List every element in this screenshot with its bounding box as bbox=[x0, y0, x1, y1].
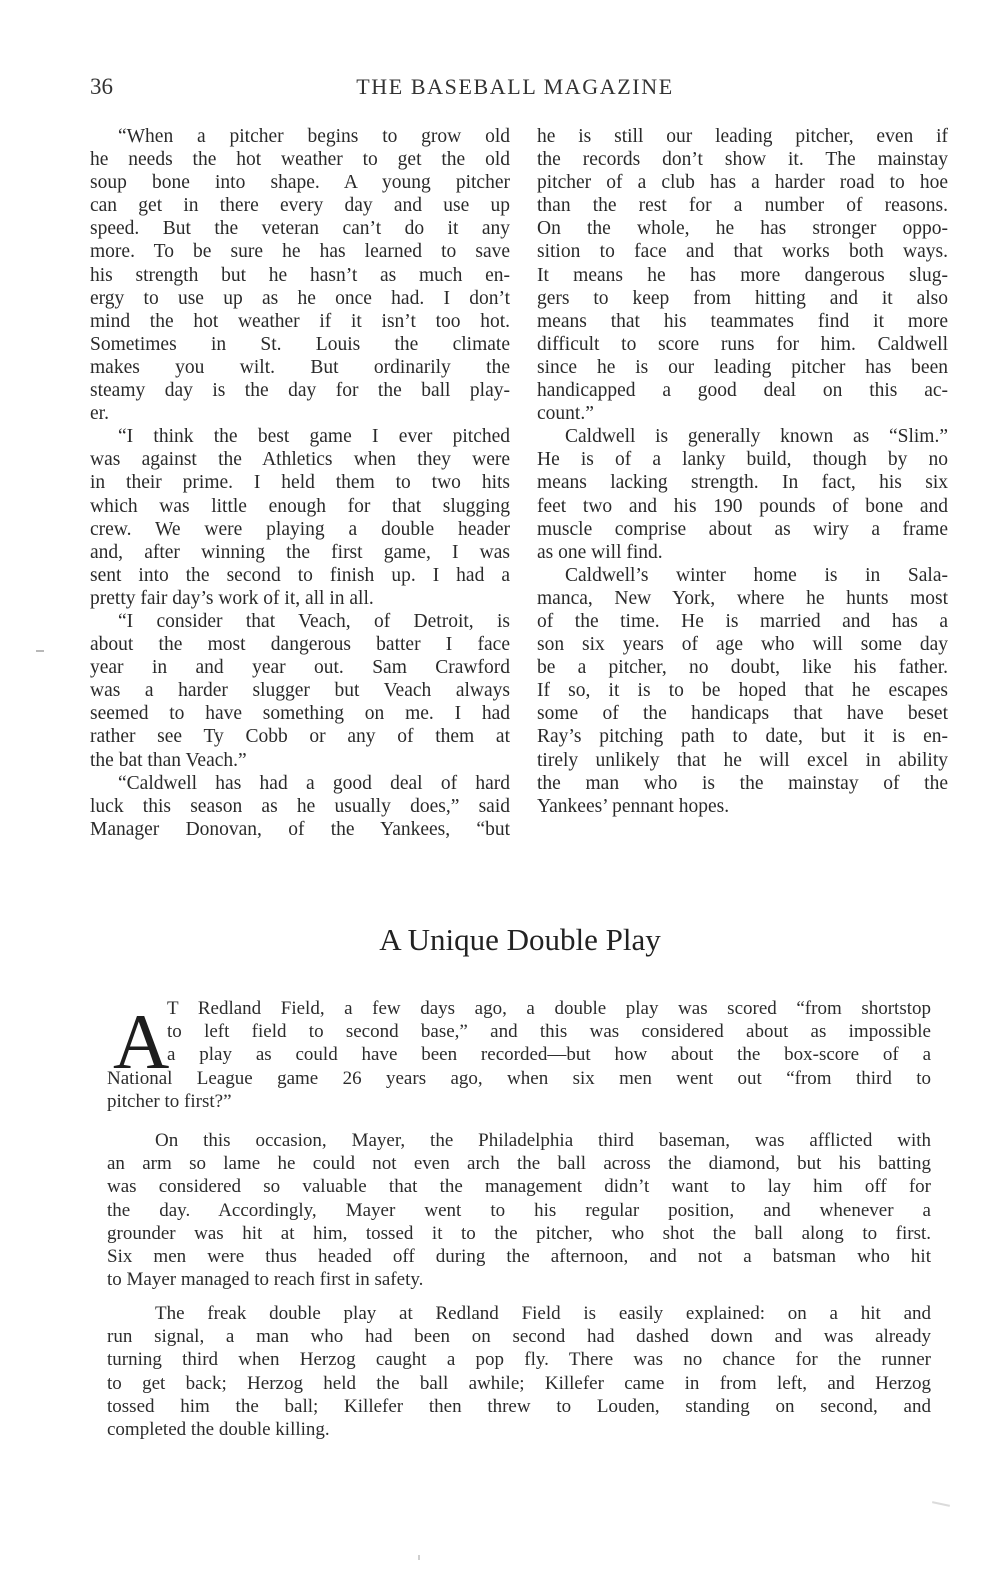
text-line: tossed him the ball; Killefer then threw… bbox=[107, 1395, 931, 1418]
article-paragraph-3: The freak double play at Redland Field i… bbox=[107, 1302, 931, 1441]
text-line: On the whole, he has stronger oppo- bbox=[537, 217, 948, 240]
text-line: the day. Accordingly, Mayer went to his … bbox=[107, 1199, 931, 1222]
text-line: count.” bbox=[537, 402, 948, 425]
scan-speck bbox=[418, 1555, 420, 1560]
text-line: Yankees’ pennant hopes. bbox=[537, 795, 948, 818]
scan-speck bbox=[36, 650, 44, 652]
text-line: since he is our leading pitcher has been bbox=[537, 356, 948, 379]
text-line: sent into the second to finish up. I had… bbox=[90, 564, 510, 587]
text-line: the bat than Veach.” bbox=[90, 749, 510, 772]
text-line: soup bone into shape. A young pitcher bbox=[90, 171, 510, 194]
text-line: grounder was hit at him, tossed it to th… bbox=[107, 1222, 931, 1245]
text-line: feet two and his 190 pounds of bone and bbox=[537, 495, 948, 518]
text-line: some of the handicaps that have beset bbox=[537, 702, 948, 725]
text-line: about the most dangerous batter I face bbox=[90, 633, 510, 656]
article-title: A Unique Double Play bbox=[0, 922, 1000, 958]
text-line: was considered so valuable that the mana… bbox=[107, 1175, 931, 1198]
article-paragraph-2: On this occasion, Mayer, the Philadelphi… bbox=[107, 1129, 931, 1291]
text-line: pitcher to first?” bbox=[107, 1090, 931, 1113]
text-line: “I consider that Veach, of Detroit, is bbox=[90, 610, 510, 633]
text-line: of the time. He is married and has a bbox=[537, 610, 948, 633]
text-line: year in and year out. Sam Crawford bbox=[90, 656, 510, 679]
text-line: sition to face and that works both ways. bbox=[537, 240, 948, 263]
text-line: If so, it is to be hoped that he escapes bbox=[537, 679, 948, 702]
left-column: “When a pitcher begins to grow old he ne… bbox=[90, 125, 510, 841]
text-line: turning third when Herzog caught a pop f… bbox=[107, 1348, 931, 1371]
text-line: gers to keep from hitting and it also bbox=[537, 287, 948, 310]
text-line: to left field to second base,” and this … bbox=[107, 1020, 931, 1043]
text-line: be a pitcher, no doubt, like his father. bbox=[537, 656, 948, 679]
article-paragraph-1: T Redland Field, a few days ago, a doubl… bbox=[107, 997, 931, 1113]
text-line: steamy day is the day for the ball play- bbox=[90, 379, 510, 402]
text-line: was a harder slugger but Veach always bbox=[90, 679, 510, 702]
text-line: than the rest for a number of reasons. bbox=[537, 194, 948, 217]
text-line: Caldwell is generally known as “Slim.” bbox=[537, 425, 948, 448]
text-line: Sometimes in St. Louis the climate bbox=[90, 333, 510, 356]
right-column: he is still our leading pitcher, even if… bbox=[537, 125, 948, 818]
text-line: Manager Donovan, of the Yankees, “but bbox=[90, 818, 510, 841]
text-line: in their prime. I held them to two hits bbox=[90, 471, 510, 494]
text-line: difficult to score runs for him. Caldwel… bbox=[537, 333, 948, 356]
text-line: tirely unlikely that he will excel in ab… bbox=[537, 749, 948, 772]
text-line: son six years of age who will some day bbox=[537, 633, 948, 656]
text-line: crew. We were playing a double header bbox=[90, 518, 510, 541]
text-line: “Caldwell has had a good deal of hard bbox=[90, 772, 510, 795]
text-line: Six men were thus headed off during the … bbox=[107, 1245, 931, 1268]
text-line: an arm so lame he could not even arch th… bbox=[107, 1152, 931, 1175]
text-line: he is still our leading pitcher, even if bbox=[537, 125, 948, 148]
text-line: to get back; Herzog held the ball awhile… bbox=[107, 1372, 931, 1395]
text-line: He is of a lanky build, though by no bbox=[537, 448, 948, 471]
text-line: ergy to use up as he once had. I don’t bbox=[90, 287, 510, 310]
text-line: T Redland Field, a few days ago, a doubl… bbox=[107, 997, 931, 1020]
scan-speck bbox=[932, 1501, 950, 1507]
text-line: speed. But the veteran can’t do it any bbox=[90, 217, 510, 240]
text-line: pretty fair day’s work of it, all in all… bbox=[90, 587, 510, 610]
text-line: makes you wilt. But ordinarily the bbox=[90, 356, 510, 379]
text-line: more. To be sure he has learned to save bbox=[90, 240, 510, 263]
text-line: which was little enough for that sluggin… bbox=[90, 495, 510, 518]
text-line: to Mayer managed to reach first in safet… bbox=[107, 1268, 931, 1291]
text-line: mind the hot weather if it isn’t too hot… bbox=[90, 310, 510, 333]
text-line: completed the double killing. bbox=[107, 1418, 931, 1441]
text-line: er. bbox=[90, 402, 510, 425]
text-line: run signal, a man who had been on second… bbox=[107, 1325, 931, 1348]
text-line: It means he has more dangerous slug- bbox=[537, 264, 948, 287]
text-line: National League game 26 years ago, when … bbox=[107, 1067, 931, 1090]
text-line: the records don’t show it. The mainstay bbox=[537, 148, 948, 171]
text-line: was against the Athletics when they were bbox=[90, 448, 510, 471]
text-line: can get in there every day and use up bbox=[90, 194, 510, 217]
running-head: THE BASEBALL MAGAZINE bbox=[0, 74, 1000, 100]
text-line: his strength but he hasn’t as much en- bbox=[90, 264, 510, 287]
text-line: manca, New York, where he hunts most bbox=[537, 587, 948, 610]
text-line: rather see Ty Cobb or any of them at bbox=[90, 725, 510, 748]
text-line: a play as could have been recorded—but h… bbox=[107, 1043, 931, 1066]
text-line: means that his teammates find it more bbox=[537, 310, 948, 333]
text-line: pitcher of a club has a harder road to h… bbox=[537, 171, 948, 194]
text-line: seemed to have something on me. I had bbox=[90, 702, 510, 725]
text-line: he needs the hot weather to get the old bbox=[90, 148, 510, 171]
text-line: The freak double play at Redland Field i… bbox=[107, 1302, 931, 1325]
text-line: means lacking strength. In fact, his six bbox=[537, 471, 948, 494]
text-line: the man who is the mainstay of the bbox=[537, 772, 948, 795]
text-line: “I think the best game I ever pitched bbox=[90, 425, 510, 448]
text-line: handicapped a good deal on this ac- bbox=[537, 379, 948, 402]
text-line: luck this season as he usually does,” sa… bbox=[90, 795, 510, 818]
text-line: On this occasion, Mayer, the Philadelphi… bbox=[107, 1129, 931, 1152]
text-line: and, after winning the first game, I was bbox=[90, 541, 510, 564]
text-line: Ray’s pitching path to date, but it is e… bbox=[537, 725, 948, 748]
text-line: “When a pitcher begins to grow old bbox=[90, 125, 510, 148]
text-line: Caldwell’s winter home is in Sala- bbox=[537, 564, 948, 587]
text-line: as one will find. bbox=[537, 541, 948, 564]
text-line: muscle comprise about as wiry a frame bbox=[537, 518, 948, 541]
